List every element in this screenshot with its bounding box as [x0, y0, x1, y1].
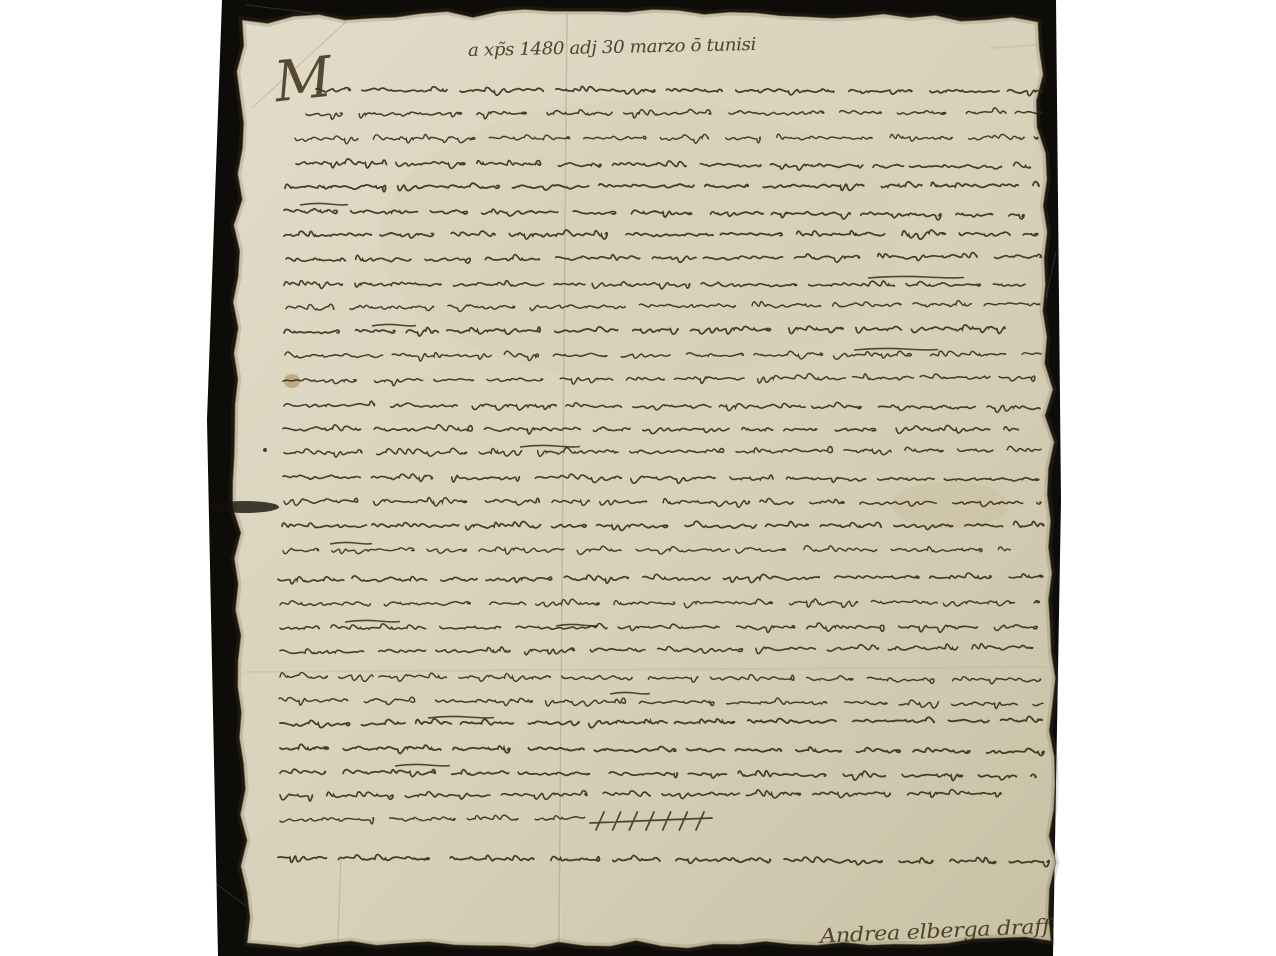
paper-stain: [211, 501, 279, 513]
paper-stain: [380, 100, 900, 380]
paper-stain: [263, 448, 267, 452]
manuscript-photo: a xp̃s 1480 adj 30 marzo ō tunisi M Andr…: [0, 0, 1276, 956]
scan-canvas: a xp̃s 1480 adj 30 marzo ō tunisi M Andr…: [0, 0, 1276, 956]
initial-letter: M: [270, 45, 336, 116]
generated-art: [207, 0, 1061, 956]
